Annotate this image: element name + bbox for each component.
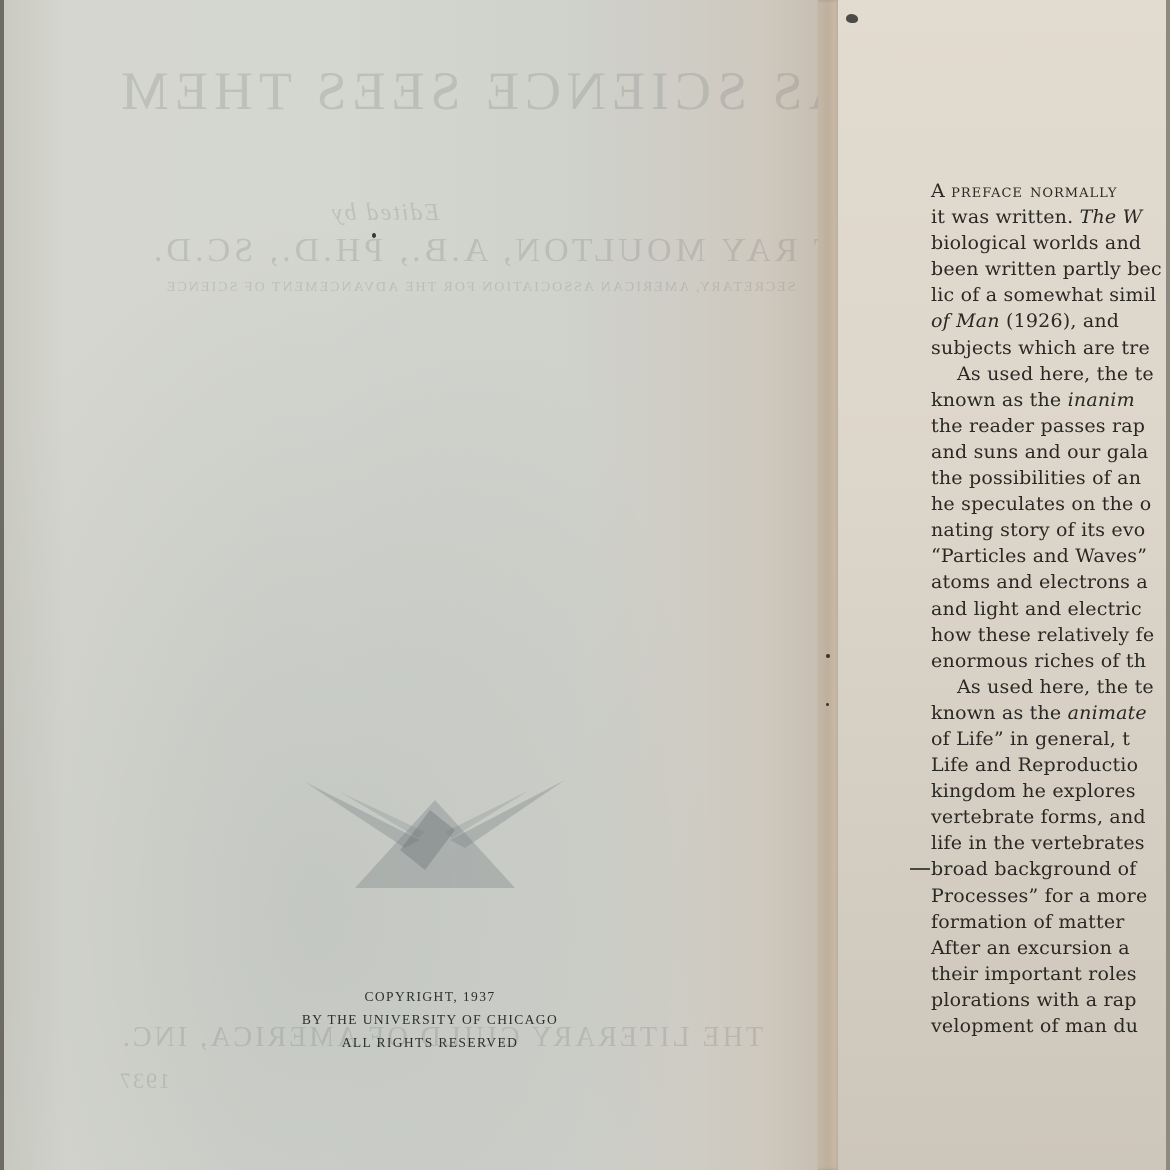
- copyright-year: COPYRIGHT, 1937: [270, 985, 590, 1008]
- preface-line: been written partly bec: [931, 256, 1170, 282]
- preface-line: As used here, the te: [931, 674, 1170, 700]
- preface-line: nating story of its evo: [931, 517, 1170, 543]
- preface-line: enormous riches of th: [931, 648, 1170, 674]
- preface-line: of Life” in general, t: [931, 726, 1170, 752]
- paper-speck: [826, 654, 830, 658]
- book-gutter: [818, 0, 840, 1170]
- copyright-rights: ALL RIGHTS RESERVED: [270, 1031, 590, 1054]
- preface-line: atoms and electrons a: [931, 569, 1170, 595]
- copyright-notice: COPYRIGHT, 1937 BY THE UNIVERSITY OF CHI…: [270, 985, 590, 1054]
- preface-line: known as the inanim: [931, 387, 1170, 413]
- bleed-through-edited-by: Edited by: [330, 200, 439, 227]
- preface-text: A preface normallyit was written. The Wb…: [931, 178, 1170, 1039]
- preface-line: it was written. The W: [931, 204, 1170, 230]
- preface-line: and suns and our gala: [931, 439, 1170, 465]
- winged-triangle-emblem-icon: [300, 770, 570, 895]
- preface-line: their important roles: [931, 961, 1170, 987]
- preface-line: formation of matter: [931, 909, 1170, 935]
- preface-line: and light and electric: [931, 596, 1170, 622]
- preface-line: After an excursion a: [931, 935, 1170, 961]
- preface-line: vertebrate forms, and: [931, 804, 1170, 830]
- preface-line: broad background of: [931, 856, 1170, 882]
- preface-line: how these relatively fe: [931, 622, 1170, 648]
- preface-line: Life and Reproductio: [931, 752, 1170, 778]
- preface-line: the possibilities of an: [931, 465, 1170, 491]
- preface-line: “Particles and Waves”: [931, 543, 1170, 569]
- preface-line: life in the vertebrates: [931, 830, 1170, 856]
- preface-line: the reader passes rap: [931, 413, 1170, 439]
- preface-line: kingdom he explores: [931, 778, 1170, 804]
- preface-line: subjects which are tre: [931, 335, 1170, 361]
- preface-line: lic of a somewhat simil: [931, 282, 1170, 308]
- preface-line: As used here, the te: [931, 361, 1170, 387]
- copyright-holder: BY THE UNIVERSITY OF CHICAGO: [270, 1008, 590, 1031]
- preface-line: he speculates on the o: [931, 491, 1170, 517]
- bleed-through-affiliation: SECRETARY, AMERICAN ASSOCIATION FOR THE …: [165, 280, 796, 296]
- bleed-through-year: 1937: [118, 1068, 170, 1094]
- preface-line: A preface normally: [931, 178, 1170, 204]
- preface-line: biological worlds and: [931, 230, 1170, 256]
- paper-mark: [846, 14, 858, 23]
- preface-line: plorations with a rap: [931, 987, 1170, 1013]
- paper-speck: [372, 233, 376, 238]
- preface-line: velopment of man du: [931, 1013, 1170, 1039]
- preface-line: known as the animate: [931, 700, 1170, 726]
- preface-line: Processes” for a more: [931, 883, 1170, 909]
- paper-speck: [826, 703, 829, 706]
- preface-line: of Man (1926), and: [931, 308, 1170, 334]
- left-page-copyright: THE WORLD AS SCIENCE SEES THEM Edited by…: [0, 0, 828, 1170]
- pencil-mark: [910, 868, 930, 870]
